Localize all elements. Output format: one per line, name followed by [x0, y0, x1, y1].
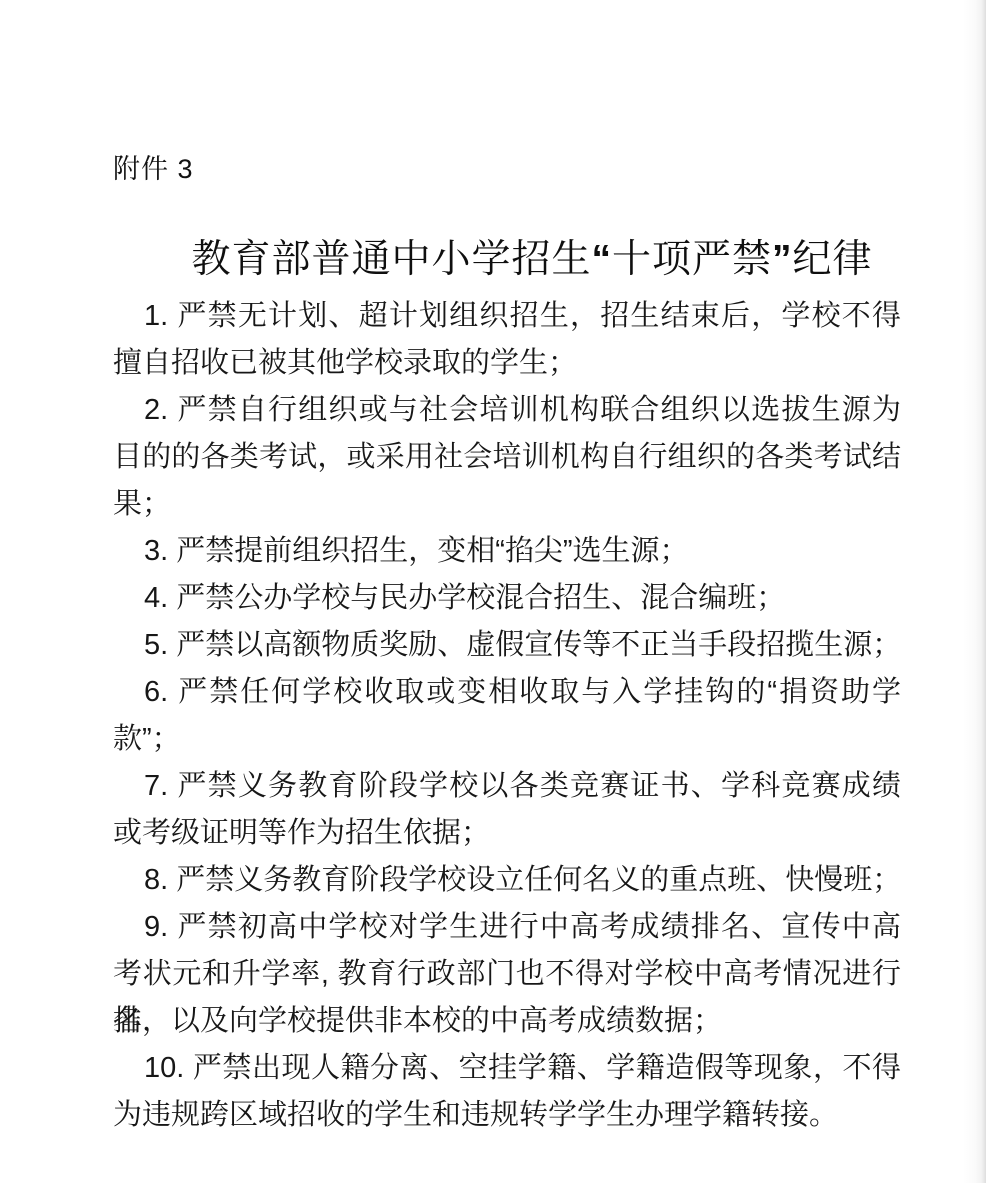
- text-line: 名，以及向学校提供非本校的中高考成绩数据；: [113, 998, 901, 1045]
- prohibition-item-4: 4. 严禁公办学校与民办学校混合招生、混合编班；: [113, 575, 901, 622]
- text-line: 擅自招收已被其他学校录取的学生；: [113, 340, 901, 387]
- prohibition-item-2: 2. 严禁自行组织或与社会培训机构联合组织以选拔生源为目的的各类考试，或采用社会…: [113, 387, 901, 528]
- text-line: 8. 严禁义务教育阶段学校设立任何名义的重点班、快慢班；: [113, 857, 901, 904]
- prohibition-item-5: 5. 严禁以高额物质奖励、虚假宣传等不正当手段招揽生源；: [113, 622, 901, 669]
- text-line: 6. 严禁任何学校收取或变相收取与入学挂钩的“捐资助学: [113, 669, 901, 716]
- text-line: 7. 严禁义务教育阶段学校以各类竞赛证书、学科竞赛成绩: [113, 763, 901, 810]
- text-line: 果；: [113, 481, 901, 528]
- text-line: 目的的各类考试，或采用社会培训机构自行组织的各类考试结: [113, 434, 901, 481]
- document-page: 附件 3 教育部普通中小学招生“十项严禁”纪律 1. 严禁无计划、超计划组织招生…: [0, 0, 986, 1183]
- text-line: 3. 严禁提前组织招生，变相“掐尖”选生源；: [113, 528, 901, 575]
- text-line: 9. 严禁初高中学校对学生进行中高考成绩排名、宣传中高: [113, 904, 901, 951]
- text-line: 考状元和升学率, 教育行政部门也不得对学校中高考情况进行排: [113, 951, 901, 998]
- text-line: 4. 严禁公办学校与民办学校混合招生、混合编班；: [113, 575, 901, 622]
- prohibition-item-10: 10. 严禁出现人籍分离、空挂学籍、学籍造假等现象，不得为违规跨区域招收的学生和…: [113, 1045, 901, 1139]
- text-line: 或考级证明等作为招生依据；: [113, 810, 901, 857]
- text-line: 5. 严禁以高额物质奖励、虚假宣传等不正当手段招揽生源；: [113, 622, 901, 669]
- text-line: 为违规跨区域招收的学生和违规转学学生办理学籍转接。: [113, 1092, 901, 1139]
- prohibition-item-7: 7. 严禁义务教育阶段学校以各类竞赛证书、学科竞赛成绩或考级证明等作为招生依据；: [113, 763, 901, 857]
- text-line: 1. 严禁无计划、超计划组织招生，招生结束后，学校不得: [113, 293, 901, 340]
- prohibition-item-6: 6. 严禁任何学校收取或变相收取与入学挂钩的“捐资助学款”；: [113, 669, 901, 763]
- prohibition-list: 1. 严禁无计划、超计划组织招生，招生结束后，学校不得擅自招收已被其他学校录取的…: [113, 293, 901, 1139]
- attachment-label: 附件 3: [113, 152, 901, 186]
- prohibition-item-9: 9. 严禁初高中学校对学生进行中高考成绩排名、宣传中高考状元和升学率, 教育行政…: [113, 904, 901, 1045]
- prohibition-item-3: 3. 严禁提前组织招生，变相“掐尖”选生源；: [113, 528, 901, 575]
- text-line: 10. 严禁出现人籍分离、空挂学籍、学籍造假等现象，不得: [113, 1045, 901, 1092]
- page-edge-shadow: [962, 0, 986, 1183]
- document-title: 教育部普通中小学招生“十项严禁”纪律: [113, 236, 901, 284]
- text-line: 款”；: [113, 716, 901, 763]
- document-content: 附件 3 教育部普通中小学招生“十项严禁”纪律 1. 严禁无计划、超计划组织招生…: [113, 152, 901, 1139]
- prohibition-item-1: 1. 严禁无计划、超计划组织招生，招生结束后，学校不得擅自招收已被其他学校录取的…: [113, 293, 901, 387]
- text-line: 2. 严禁自行组织或与社会培训机构联合组织以选拔生源为: [113, 387, 901, 434]
- prohibition-item-8: 8. 严禁义务教育阶段学校设立任何名义的重点班、快慢班；: [113, 857, 901, 904]
